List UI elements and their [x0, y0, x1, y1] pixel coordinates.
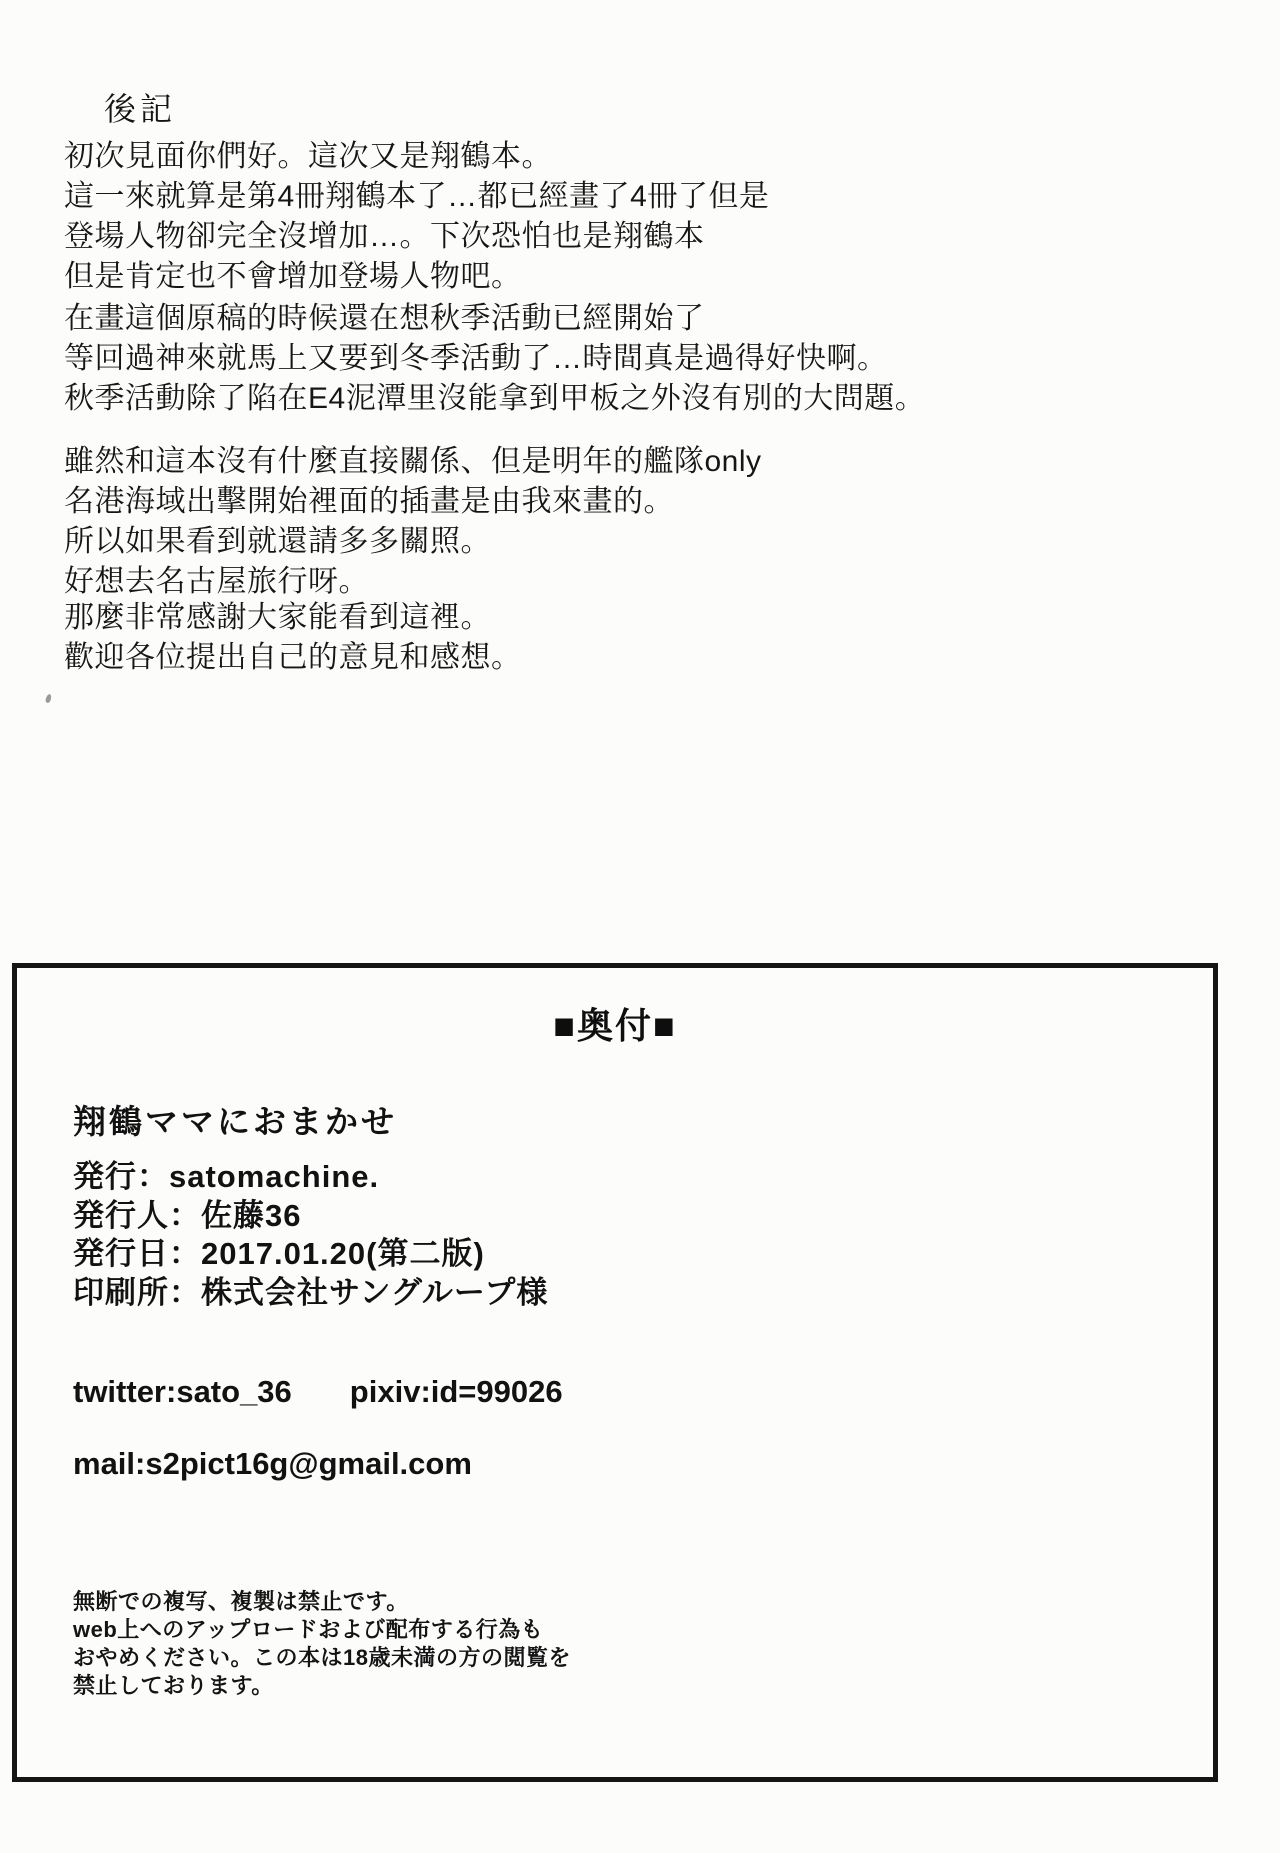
- text-line: 在畫這個原稿的時候還在想秋季活動已經開始了: [64, 299, 925, 339]
- text-line: 所以如果看到就還請多多關照。: [64, 522, 762, 562]
- issue-date-line: 発行日：2017.01.20(第二版): [73, 1235, 548, 1274]
- colophon-box: ■奥付■ 翔鶴ママにおまかせ 発行：satomachine. 発行人：佐藤36 …: [12, 963, 1218, 1782]
- colophon-heading: ■奥付■: [17, 998, 1213, 1049]
- notice-line: おやめください。この本は18歳未満の方の閲覧を: [73, 1644, 571, 1672]
- text-line: 雖然和這本沒有什麼直接關係、但是明年的艦隊only: [64, 442, 762, 482]
- text-line: 名港海域出擊開始裡面的插畫是由我來畫的。: [64, 482, 762, 522]
- book-title: 翔鶴ママにおまかせ: [73, 1096, 397, 1143]
- twitter-handle: twitter:sato_36: [73, 1374, 292, 1409]
- issuer-line: 発行人：佐藤36: [73, 1197, 548, 1236]
- text-line: 但是肯定也不會增加登場人物吧。: [64, 257, 769, 297]
- copyright-notice: 無断での複写、複製は禁止です。 web上へのアップロードおよび配布する行為も お…: [73, 1588, 571, 1700]
- text-line: 等回過神來就馬上又要到冬季活動了…時間真是過得好快啊。: [64, 339, 925, 379]
- afterword-paragraph-4: 那麼非常感謝大家能看到這裡。 歡迎各位提出自己的意見和感想。: [64, 598, 522, 678]
- contact-row: twitter:sato_36pixiv:id=99026: [73, 1374, 563, 1410]
- afterword-paragraph-2: 在畫這個原稿的時候還在想秋季活動已經開始了 等回過神來就馬上又要到冬季活動了…時…: [64, 299, 925, 419]
- mail-address: mail:s2pict16g@gmail.com: [73, 1446, 472, 1482]
- pixiv-id: pixiv:id=99026: [350, 1374, 563, 1409]
- text-line: 那麼非常感謝大家能看到這裡。: [64, 598, 522, 638]
- notice-line: web上へのアップロードおよび配布する行為も: [73, 1616, 571, 1644]
- afterword-paragraph-3: 雖然和這本沒有什麼直接關係、但是明年的艦隊only 名港海域出擊開始裡面的插畫是…: [64, 442, 762, 602]
- scan-speck-artifact: [45, 693, 53, 703]
- notice-line: 無断での複写、複製は禁止です。: [73, 1588, 571, 1616]
- text-line: 登場人物卻完全沒增加…。下次恐怕也是翔鶴本: [64, 217, 769, 257]
- notice-line: 禁止しております。: [73, 1672, 571, 1700]
- afterword-paragraph-1: 初次見面你們好。這次又是翔鶴本。 這一來就算是第4冊翔鶴本了…都已經畫了4冊了但…: [64, 137, 769, 297]
- publication-info: 発行：satomachine. 発行人：佐藤36 発行日：2017.01.20(…: [73, 1158, 548, 1312]
- text-line: 好想去名古屋旅行呀。: [64, 562, 762, 602]
- text-line: 歡迎各位提出自己的意見和感想。: [64, 638, 522, 678]
- text-line: 初次見面你們好。這次又是翔鶴本。: [64, 137, 769, 177]
- printer-line: 印刷所：株式会社サングループ様: [73, 1274, 548, 1313]
- text-line: 這一來就算是第4冊翔鶴本了…都已經畫了4冊了但是: [64, 177, 769, 217]
- scanned-afterword-page: 後記 初次見面你們好。這次又是翔鶴本。 這一來就算是第4冊翔鶴本了…都已經畫了4…: [0, 0, 1280, 1853]
- afterword-heading: 後記: [104, 84, 176, 130]
- text-line: 秋季活動除了陷在E4泥潭里沒能拿到甲板之外沒有別的大問題。: [64, 379, 925, 419]
- publisher-line: 発行：satomachine.: [73, 1158, 548, 1197]
